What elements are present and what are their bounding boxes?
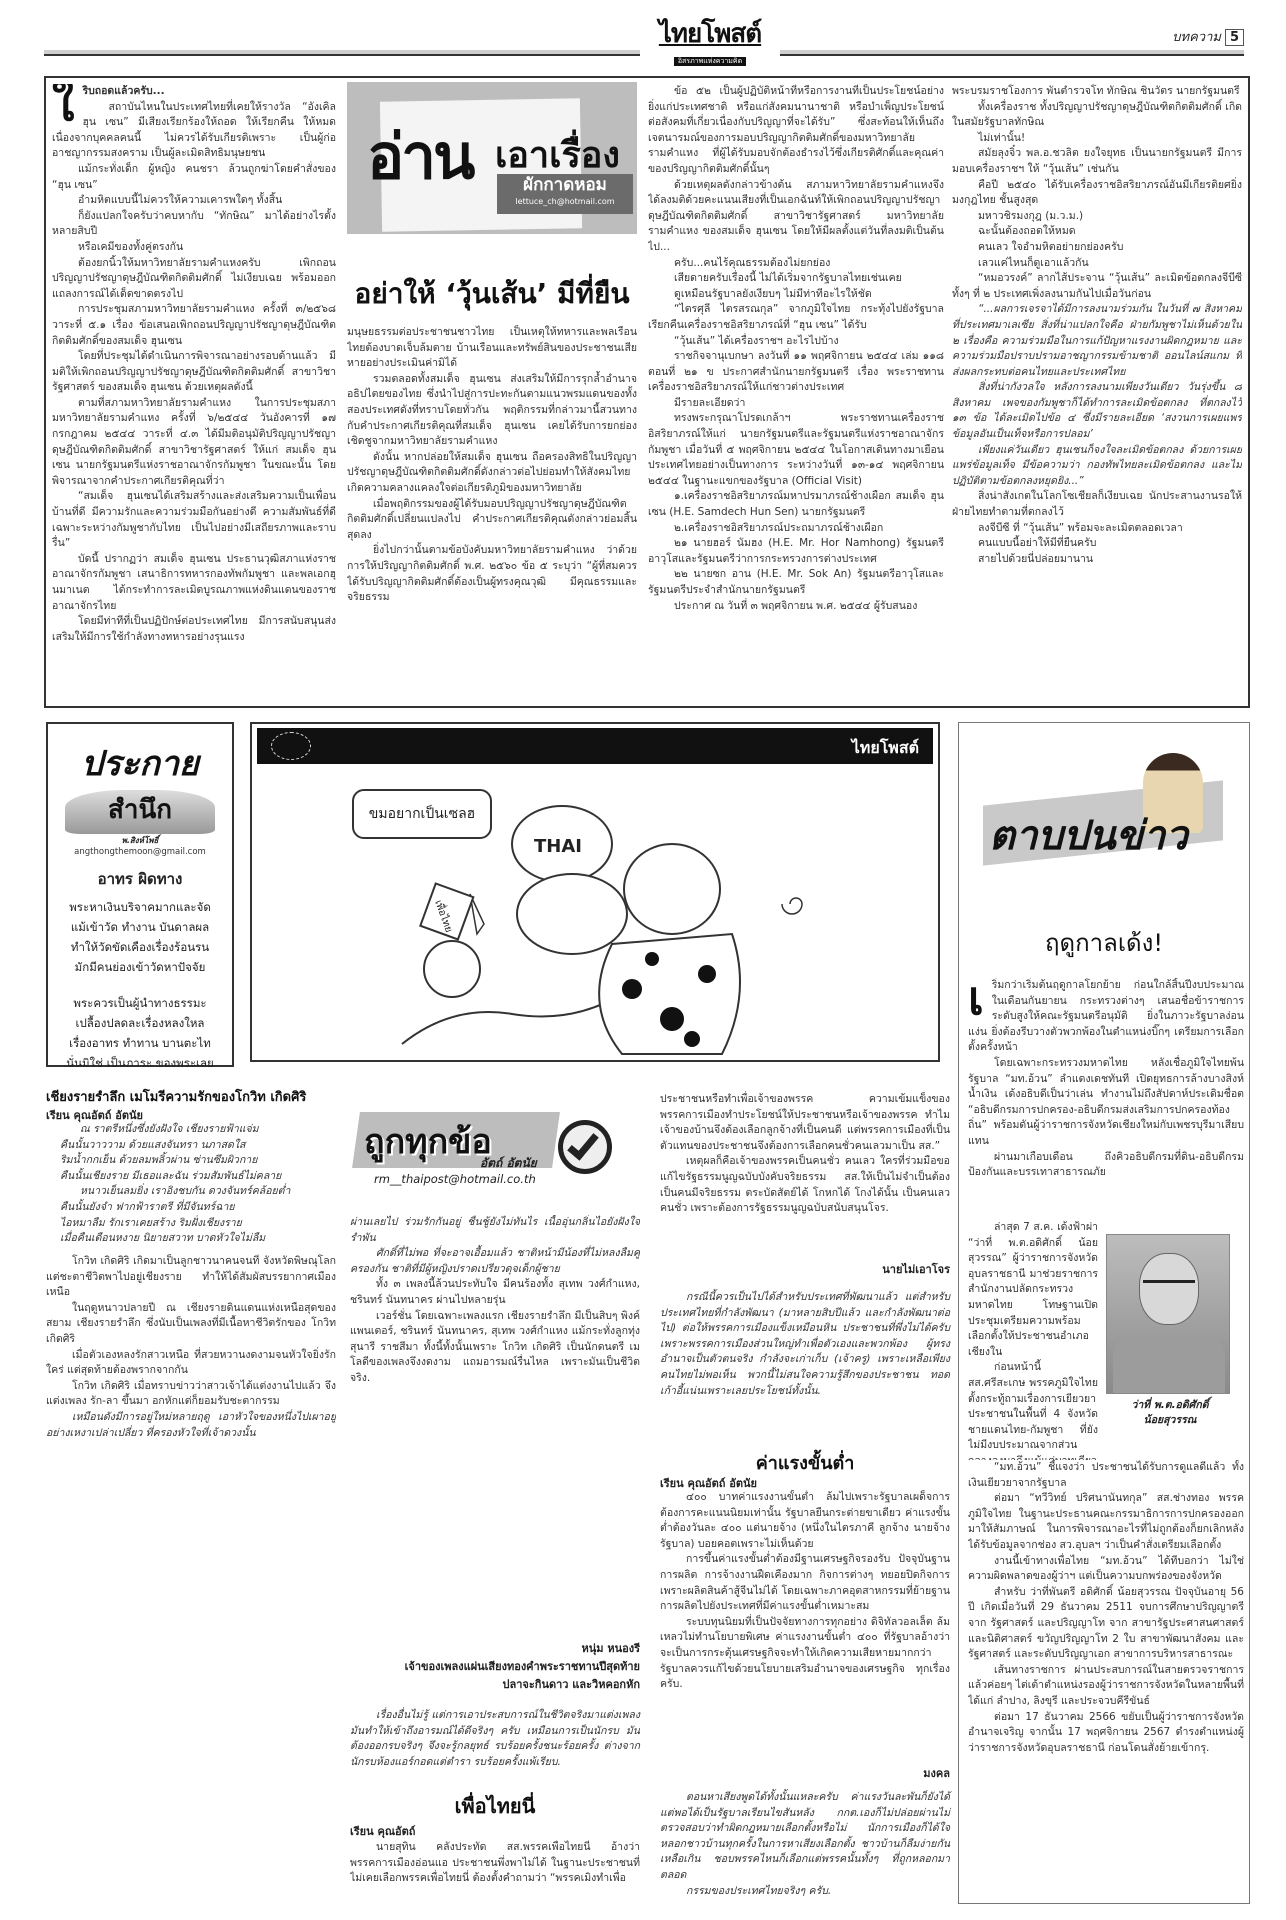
banner-author-strip: ผักกาดหอม lettuce_ch@hotmail.com <box>497 174 633 214</box>
paragraph: กรรมของประเทศไทยจริงๆ ครับ. <box>660 1884 950 1900</box>
letter2-reply: ตอนหาเสียงพูดได้ทั้งนั้นแหละครับ ค่าแรงว… <box>660 1790 950 1899</box>
svg-text:THAI: THAI <box>534 836 582 857</box>
paragraph: คือปี ๒๕๔๐ ได้รับเครื่องราชอิสริยาภรณ์อั… <box>952 178 1242 209</box>
cartoonist-mascot-icon <box>271 732 311 760</box>
newspaper-logo: ไทยโพสต์ อิสรภาพแห่งความคิด <box>640 20 780 67</box>
top-column-col3: ข้อ ๕๒ เป็นผู้ปฏิบัติหน้าที่หรือการงานที… <box>648 84 944 702</box>
paragraph: ตามที่สภามหาวิทยาลัยรามคำแหง ในการประชุม… <box>52 396 336 490</box>
page-number: 5 <box>1225 29 1244 46</box>
signature-line: เจ้าของเพลงแผ่นเสียงทองคำพระราชทานปีสุดท… <box>350 1658 640 1676</box>
paragraph: เส้นทางราชการ ผ่านประสบการณ์ในสายตรวจราช… <box>968 1663 1244 1710</box>
paragraph: โดยที่ประชุมได้ดำเนินการพิจารณาอย่างรอบด… <box>52 349 336 396</box>
poem-box-ribbon: สำนึก <box>65 790 215 834</box>
paragraph: ประชาชนหรือทำเพื่อเจ้าของพรรค ความเข้มแข… <box>660 1092 950 1154</box>
signature-line: หนุ่ม หนองรี <box>350 1640 640 1658</box>
paragraph: เสียดายครับเรื่องนี้ ไม่ได้เริ่มจากรัฐบา… <box>648 271 944 287</box>
paragraph: ทรงพระกรุณาโปรดเกล้าฯ พระราชทานเครื่องรา… <box>648 411 944 489</box>
editorial-cartoon: ไทยโพสต์ ขมอยากเป็นเซลฮ เพื่อไทย THAI <box>250 722 940 1062</box>
paragraph: สำหรับ ว่าที่พันตรี อดิศักดิ์ น้อยสุวรรณ… <box>968 1585 1244 1663</box>
poem-line: ทำให้วัดขัดเคืองเรื่องร้อนรน <box>48 937 232 957</box>
poem-line: พระหาเงินบริจาคมากและจัด <box>48 897 232 917</box>
poem-line: คืนนั้นวาววาม ด้วยแสงจันทรา นภาสดใส <box>60 1138 340 1154</box>
portrait-uniform <box>1113 1335 1225 1393</box>
paragraph: โกวิท เกิดศิริ เมื่อทราบข่าวว่าสาวเจ้าได… <box>46 1379 336 1410</box>
poem-line: เมื่อคืนเดือนหงาย นิยายสวาท บาดหัวใจไม่ล… <box>60 1231 340 1247</box>
paragraph: กรณีนี้ควรเป็นไปได้สำหรับประเทศที่พัฒนาแ… <box>660 1290 950 1399</box>
letter2-title: ค่าแรงขั้นต่ำ <box>660 1448 950 1477</box>
paragraph: “...ผลการเจรจาได้มีการลงนามร่วมกัน ในวัน… <box>952 302 1242 380</box>
poem-line: ริมน้ำกกเย็น ด้วยลมพลิ้วผ่าน ซ่านซึมผิวก… <box>60 1153 340 1169</box>
paragraph: โดยเฉพาะกระทรวงมหาดไทย หลังเชื่อภูมิใจไท… <box>968 1056 1244 1150</box>
letter1-signature: นายไม่เอาโจร <box>660 1260 950 1278</box>
paragraph: ในฤดูหนาวปลายปี ณ เชียงรายดินแดนแห่งเหนื… <box>46 1301 336 1348</box>
paragraph: “วุ้นเส้น” ได้เครื่องราชฯ อะไรไปบ้าง <box>648 334 944 350</box>
poem-stanza-2: พระควรเป็นผู้นำทางธรรมะ เปลื้องปลดละเรื่… <box>48 993 232 1073</box>
poem-box-email: angthongthemoon@gmail.com <box>48 847 232 857</box>
poem-line: ณ ราตรีหนึ่งซึ่งยังฝังใจ เชียงรายฟ้าแจ่ม <box>60 1122 340 1138</box>
mail-letter1-end: ประชาชนหรือทำเพื่อเจ้าของพรรค ความเข้มแข… <box>660 1092 950 1217</box>
paragraph: เพียงแค่วันเดียว ฮุนเซนก็จงใจละเมิดข้อตก… <box>952 443 1242 490</box>
masthead: ไทยโพสต์ อิสรภาพแห่งความคิด บทความ5 <box>44 20 1244 60</box>
paragraph: เหตุผลก็คือเจ้าของพรรคเป็นคนชั่ว คนเลว ใ… <box>660 1154 950 1216</box>
paragraph: “สมเด็จ ฮุนเซนได้เสริมสร้างและส่งเสริมคว… <box>52 489 336 551</box>
paragraph: สมัยลุงจิ๋ว พล.อ.ชวลิต ยงใจยุทธ เป็นนายก… <box>952 146 1242 177</box>
paragraph: “มท.อ้วน” ชี้แจงว่า ประชาชนได้รับการดูแล… <box>968 1460 1244 1491</box>
paragraph: เรื่องอื่นไม่รู้ แต่การเอาประสบการณ์ในชี… <box>350 1708 640 1770</box>
paragraph: ๒.เครื่องราชอิสริยาภรณ์ประถมาภรณ์ช้างเผื… <box>648 521 944 537</box>
talk-column-body-left: โกวิท เกิดศิริ เกิดมาเป็นลูกชาวนาคนจนที่… <box>46 1254 336 1914</box>
logo-name: ไทยโพสต์ <box>640 20 780 48</box>
paragraph: ลงจีบีซี ที่ “วุ้นเส้น” พร้อมจะละเมิดตลอ… <box>952 521 1242 537</box>
letter3-title: เพื่อไทยนี่ <box>350 1790 640 1822</box>
caption-line: ว่าที่ พ.ต.อดิศักดิ์ <box>1100 1398 1240 1413</box>
paragraph: ราชกิจจานุเบกษา ลงวันที่ ๑๑ พฤศจิกายน ๒๕… <box>648 349 944 396</box>
paragraph: บัดนี้ ปรากฏว่า สมเด็จ ฮุนเซน ประธานวุฒิ… <box>52 552 336 614</box>
top-column-col4: พระบรมราชโองการ พันตำรวจโท ทักษิณ ชินวัต… <box>952 84 1242 702</box>
paragraph: มนุษยธรรมต่อประชาชนชาวไทย เป็นเหตุให้ทหา… <box>347 325 637 372</box>
letter1-reply: กรณีนี้ควรเป็นไปได้สำหรับประเทศที่พัฒนาแ… <box>660 1290 950 1399</box>
paragraph: ผ่านมาเกือบเดือน ถึงคิวอธิบดีกรมที่ดิน-อ… <box>968 1150 1244 1181</box>
paragraph: โดยมีท่าทีที่เป็นปฏิปักษ์ต่อประเทศไทย มี… <box>52 614 336 645</box>
paragraph: เมื่อพฤติกรรมของผู้ได้รับมอบปริญญาปรัชญา… <box>347 497 637 544</box>
paragraph: หรือเคมีของทั้งคู่ตรงกัน <box>52 240 336 256</box>
talk-column-body-right: ผ่านเลยไป ร่วมรักกันอยู่ ชื่นชู้ยังไม่ทั… <box>350 1215 640 1560</box>
paragraph: ต่อมา “ทวีวิทย์ ปริศนานันทกุล” สส.ช่างทอ… <box>968 1491 1244 1553</box>
paragraph: ล่าสุด 7 ส.ค. เด้งฟ้าผ่า “ว่าที่ พ.ต.อดิ… <box>968 1220 1098 1360</box>
top-column-col1: ใ ริบถอดแล้วครับ... สถาบันไหนในประเทศไทย… <box>52 84 336 702</box>
caption-line: น้อยสุวรรณ <box>1100 1413 1240 1428</box>
signature-line: ปลาจะกินดาว และวิหคอกหัก <box>350 1676 640 1694</box>
mail-logo-text: ถูกทุกข้อ <box>364 1114 492 1168</box>
photo-caption: ว่าที่ พ.ต.อดิศักดิ์ น้อยสุวรรณ <box>1100 1398 1240 1428</box>
section-name: บทความ <box>1172 30 1221 45</box>
mail-email: rm__thaipost@hotmail.co.th <box>374 1172 536 1186</box>
paragraph: “ไตรศุลี ไตรสรณกุล” จากภูมิใจไทย กระทุ้ง… <box>648 302 944 333</box>
paragraph: อำมหิตแบบนี้ไม่ควรให้ความเคารพใดๆ ทั้งสิ… <box>52 193 336 209</box>
paragraph: ดูเหมือนรัฐบาลยังเงียบๆ ไม่มีท่าทีอะไรให… <box>648 287 944 303</box>
paragraph: สถาบันไหนในประเทศไทยที่เคยให้รางวัล “อัง… <box>52 100 336 162</box>
paragraph: ครับ...คนไร้คุณธรรมต้องไม่ยกย่อง <box>648 256 944 272</box>
cartoon-drawing: เพื่อไทย THAI <box>252 764 942 1064</box>
checkmark-icon <box>558 1120 612 1174</box>
poem-line: หนาวเย็นลมยิ่ง เราอิงชบกัน ดวงจันทร์คล้อ… <box>60 1184 340 1200</box>
paragraph: มีรายละเอียดว่า <box>648 396 944 412</box>
official-portrait-photo <box>1106 1234 1230 1394</box>
paragraph: ทั้ง ๓ เพลงนี้ล้วนประทับใจ มีคนร้องทั้ง … <box>350 1277 640 1308</box>
paragraph: ประกาศ ณ วันที่ ๓ พฤศจิกายน พ.ศ. ๒๕๔๔ ผู… <box>648 599 944 615</box>
paragraph: สิ่งที่น่ากังวลใจ หลังการลงนามเพียงวันเด… <box>952 380 1242 442</box>
cartoon-brand: ไทยโพสต์ <box>852 736 919 761</box>
lead-paragraph: ริ่มกว่าเริ่มต้นฤดูกาลโยกย้าย ก่อนใกล้สิ… <box>968 978 1244 1056</box>
talk-signature: หนุ่ม หนองรี เจ้าของเพลงแผ่นเสียงทองคำพร… <box>350 1640 640 1694</box>
poem-line: เรื่องอาทร ทำทาน บานตะไท <box>48 1033 232 1053</box>
paragraph: สายไปด้วยนี่ปล่อยมานาน <box>952 552 1242 568</box>
cartoon-header-bar: ไทยโพสต์ <box>257 728 933 764</box>
top-column-col2: มนุษยธรรมต่อประชาชนชาวไทย เป็นเหตุให้ทหา… <box>347 325 637 703</box>
paragraph: เมื่อตัวเองหลงรักสาวเหนือ ที่สวยหวานงดงา… <box>46 1348 336 1379</box>
letter3-body: นายสุทิน คลังประทัด สส.พรรคเพื่อไทยนี่ อ… <box>350 1840 640 1915</box>
dropcap: ใ <box>52 84 74 124</box>
gossip-logo-text: ตาบปนข่าว <box>989 803 1188 867</box>
talk-column-headline: เชียงรายรำลึก เมโมรีความรักของโกวิท เกิด… <box>46 1086 336 1107</box>
paragraph: ฉะนั้นต้องถอดให้หมด <box>952 224 1242 240</box>
paragraph: มหาวชิรมงกุฎ (ม.ว.ม.) <box>952 209 1242 225</box>
paragraph: ศักดิ์ที่ไม่พอ ที่จะอาจเอื้อมแล้ว ชาติหน… <box>350 1246 640 1277</box>
poem-box-title-ribbon: สำนึก <box>65 790 215 830</box>
poem-stanza-1: พระหาเงินบริจาคมากและจัด แม้เข้าวัด ทำงา… <box>48 897 232 977</box>
paragraph: ยิ่งไปกว่านั้นตามข้อบังคับมหาวิทยาลัยราม… <box>347 543 637 605</box>
author-name: ผักกาดหอม <box>497 174 633 196</box>
banner-title-big: อ่าน <box>367 108 472 206</box>
poem-line: เปลื้องปลดละเรื่องหลงใหล <box>48 1013 232 1033</box>
paragraph: การขึ้นค่าแรงขั้นต่ำต้องมีฐานเศรษฐกิจรอง… <box>660 1552 950 1614</box>
author-email: lettuce_ch@hotmail.com <box>497 196 633 208</box>
paragraph: การประชุมสภามหาวิทยาลัยรามคำแหง ครั้งที่… <box>52 302 336 349</box>
paragraph: ข้อ ๕๒ เป็นผู้ปฏิบัติหน้าที่หรือการงานที… <box>648 84 944 178</box>
logo-tagline: อิสรภาพแห่งความคิด <box>674 57 746 66</box>
section-label: บทความ5 <box>1168 26 1244 47</box>
letter3-salutation: เรียน คุณอัตถ์ <box>350 1822 415 1840</box>
poem-line: นั่นมิใช่ เป็นภาระ ของพระเลย <box>48 1053 232 1073</box>
talk-column-poem: ณ ราตรีหนึ่งซึ่งยังฝังใจ เชียงรายฟ้าแจ่ม… <box>60 1122 340 1247</box>
paragraph: ๒๑ นายฮอร์ นัมฮง (H.E. Mr. Hor Namhong) … <box>648 536 944 567</box>
paragraph: เวอร์ชั่น โดยเฉพาะเพลงแรก เชียงรายรำลึก … <box>350 1309 640 1387</box>
paragraph: โกวิท เกิดศิริ เกิดมาเป็นลูกชาวนาคนจนที่… <box>46 1254 336 1301</box>
paragraph: ระบบทุนนิยมที่เป็นปัจจัยทางการทุกอย่าง ด… <box>660 1615 950 1693</box>
paragraph: คนเลว ใจอำมหิตอย่ายกย่องครับ <box>952 240 1242 256</box>
poem-line: ไอหมาลืม รักเราเคยสร้าง ริมฝั่งเชียงราย <box>60 1216 340 1232</box>
paragraph: เหมือนดังมีการอยู่ใหม่หลายฤดู เอาหัวใจขอ… <box>46 1410 336 1441</box>
paragraph: ตอนหาเสียงพูดได้ทั้งนั้นแหละครับ ค่าแรงว… <box>660 1790 950 1884</box>
poem-line: คืนนั้นเชียงราย มีเธอและฉัน ร่วมสัมพันธ์… <box>60 1169 340 1185</box>
paragraph: ก่อนหน้านี้ สส.ศรีสะเกษ พรรคภูมิใจไทย ตั… <box>968 1360 1098 1460</box>
mail-byline: อัตถ์ อัตนัย <box>480 1154 537 1173</box>
gossip-headline: ฤดูกาลเด้ง! <box>959 923 1249 962</box>
paragraph: ๒๒ นายซก อาน (H.E. Mr. Sok An) รัฐมนตรีอ… <box>648 567 944 598</box>
paragraph: ผ่านเลยไป ร่วมรักกันอยู่ ชื่นชู้ยังไม่ทั… <box>350 1215 640 1246</box>
paragraph: “หมอวรงค์” ลากไส้ประจาน “วุ้นเส้น” ละเมิ… <box>952 271 1242 302</box>
paragraph: งานนี้เข้าทางเพื่อไทย “มท.อ้วน” ได้ทีบอก… <box>968 1554 1244 1585</box>
paragraph: ๑.เครื่องราชอิสริยาภรณ์มหาปรมาภรณ์ช้างเผ… <box>648 489 944 520</box>
letter2-signature: มงคล <box>660 1764 950 1782</box>
dropcap: เ <box>968 978 984 1018</box>
paragraph: แม้กระทั่งเด็ก ผู้หญิง คนชรา ล้วนถูกฆ่าโ… <box>52 162 336 193</box>
poem-box-byline: พ.สิงห์โพธิ์ <box>48 834 232 847</box>
paragraph: นายสุทิน คลังประทัด สส.พรรคเพื่อไทยนี่ อ… <box>350 1840 640 1887</box>
paragraph: ๔๐๐ บาทค่าแรงงานขั้นต่ำ ล้มไปเพราะรัฐบาล… <box>660 1490 950 1552</box>
gossip-column-text-lower: “มท.อ้วน” ชี้แจงว่า ประชาชนได้รับการดูแล… <box>968 1460 1244 1900</box>
paragraph: คนแบบนี้อย่าให้มีที่ยืนครับ <box>952 536 1242 552</box>
portrait-glasses <box>1143 1280 1195 1292</box>
gossip-column-text-wrap: ล่าสุด 7 ส.ค. เด้งฟ้าผ่า “ว่าที่ พ.ต.อดิ… <box>968 1220 1098 1460</box>
paragraph: ต่อมา 17 ธันวาคม 2566 ขยับเป็นผู้ว่าราชก… <box>968 1710 1244 1757</box>
poem-title: อาทร ผิดทาง <box>48 867 232 891</box>
letter2-body: ๔๐๐ บาทค่าแรงงานขั้นต่ำ ล้มไปเพราะรัฐบาล… <box>660 1490 950 1755</box>
paragraph: ทั้งเครื่องราช ทั้งปริญญาปรัชญาดุษฎีบัณฑ… <box>952 100 1242 131</box>
column-banner: อ่าน เอาเรื่อง ผักกาดหอม lettuce_ch@hotm… <box>347 82 637 234</box>
paragraph: สิ่งน่าสังเกตในโลกโซเชียลก็เงียบเฉย นักป… <box>952 489 1242 520</box>
poem-line: มักมีคนย่องเข้าวัดหาปัจจัย <box>48 957 232 977</box>
paragraph: เลวแค่ไหนก็ดูเอาแล้วกัน <box>952 256 1242 272</box>
gossip-column-text: เ ริ่มกว่าเริ่มต้นฤดูกาลโยกย้าย ก่อนใกล้… <box>968 978 1244 1218</box>
mail-column-logo: ถูกทุกข้อ อัตถ์ อัตนัย rm__thaipost@hotm… <box>350 1092 640 1192</box>
poem-line: แม้เข้าวัด ทำงาน บันดาลผล <box>48 917 232 937</box>
paragraph: ดังนั้น หากปล่อยให้สมเด็จ ฮุนเซน ถือครอง… <box>347 450 637 497</box>
gossip-logo-graphic: ตาบปนข่าว <box>973 753 1223 873</box>
poem-line: คืนนั้นยังจำ ฟากฟ้าราตรี ที่มีจันทร์ฉาย <box>60 1200 340 1216</box>
poem-box-title-script: ประกาย <box>48 736 232 790</box>
paragraph: รวมตลอดทั้งสมเด็จ ฮุนเซน ส่งเสริมให้มีกา… <box>347 372 637 450</box>
top-column-headline: อย่าให้ ‘วุ้นเส้น’ มีที่ยืน <box>347 272 637 316</box>
paragraph: ริบถอดแล้วครับ... <box>52 84 336 100</box>
paragraph: ไม่เท่านั้น! <box>952 131 1242 147</box>
poem-box: ประกาย สำนึก พ.สิงห์โพธิ์ angthongthemoo… <box>46 722 234 1067</box>
paragraph: ต้องยกนิ้วให้มหาวิทยาลัยรามคำแหงครับ เพิ… <box>52 256 336 303</box>
paragraph: พระบรมราชโองการ พันตำรวจโท ทักษิณ ชินวัต… <box>952 84 1242 100</box>
paragraph: ด้วยเหตุผลดังกล่าวข้างต้น สภามหาวิทยาลัย… <box>648 178 944 256</box>
poem-line: พระควรเป็นผู้นำทางธรรมะ <box>48 993 232 1013</box>
paragraph: ก็ยังแปลกใจครับว่าคบหากับ “ทักษิณ” มาได้… <box>52 209 336 240</box>
talk-reply: เรื่องอื่นไม่รู้ แต่การเอาประสบการณ์ในชี… <box>350 1708 640 1770</box>
